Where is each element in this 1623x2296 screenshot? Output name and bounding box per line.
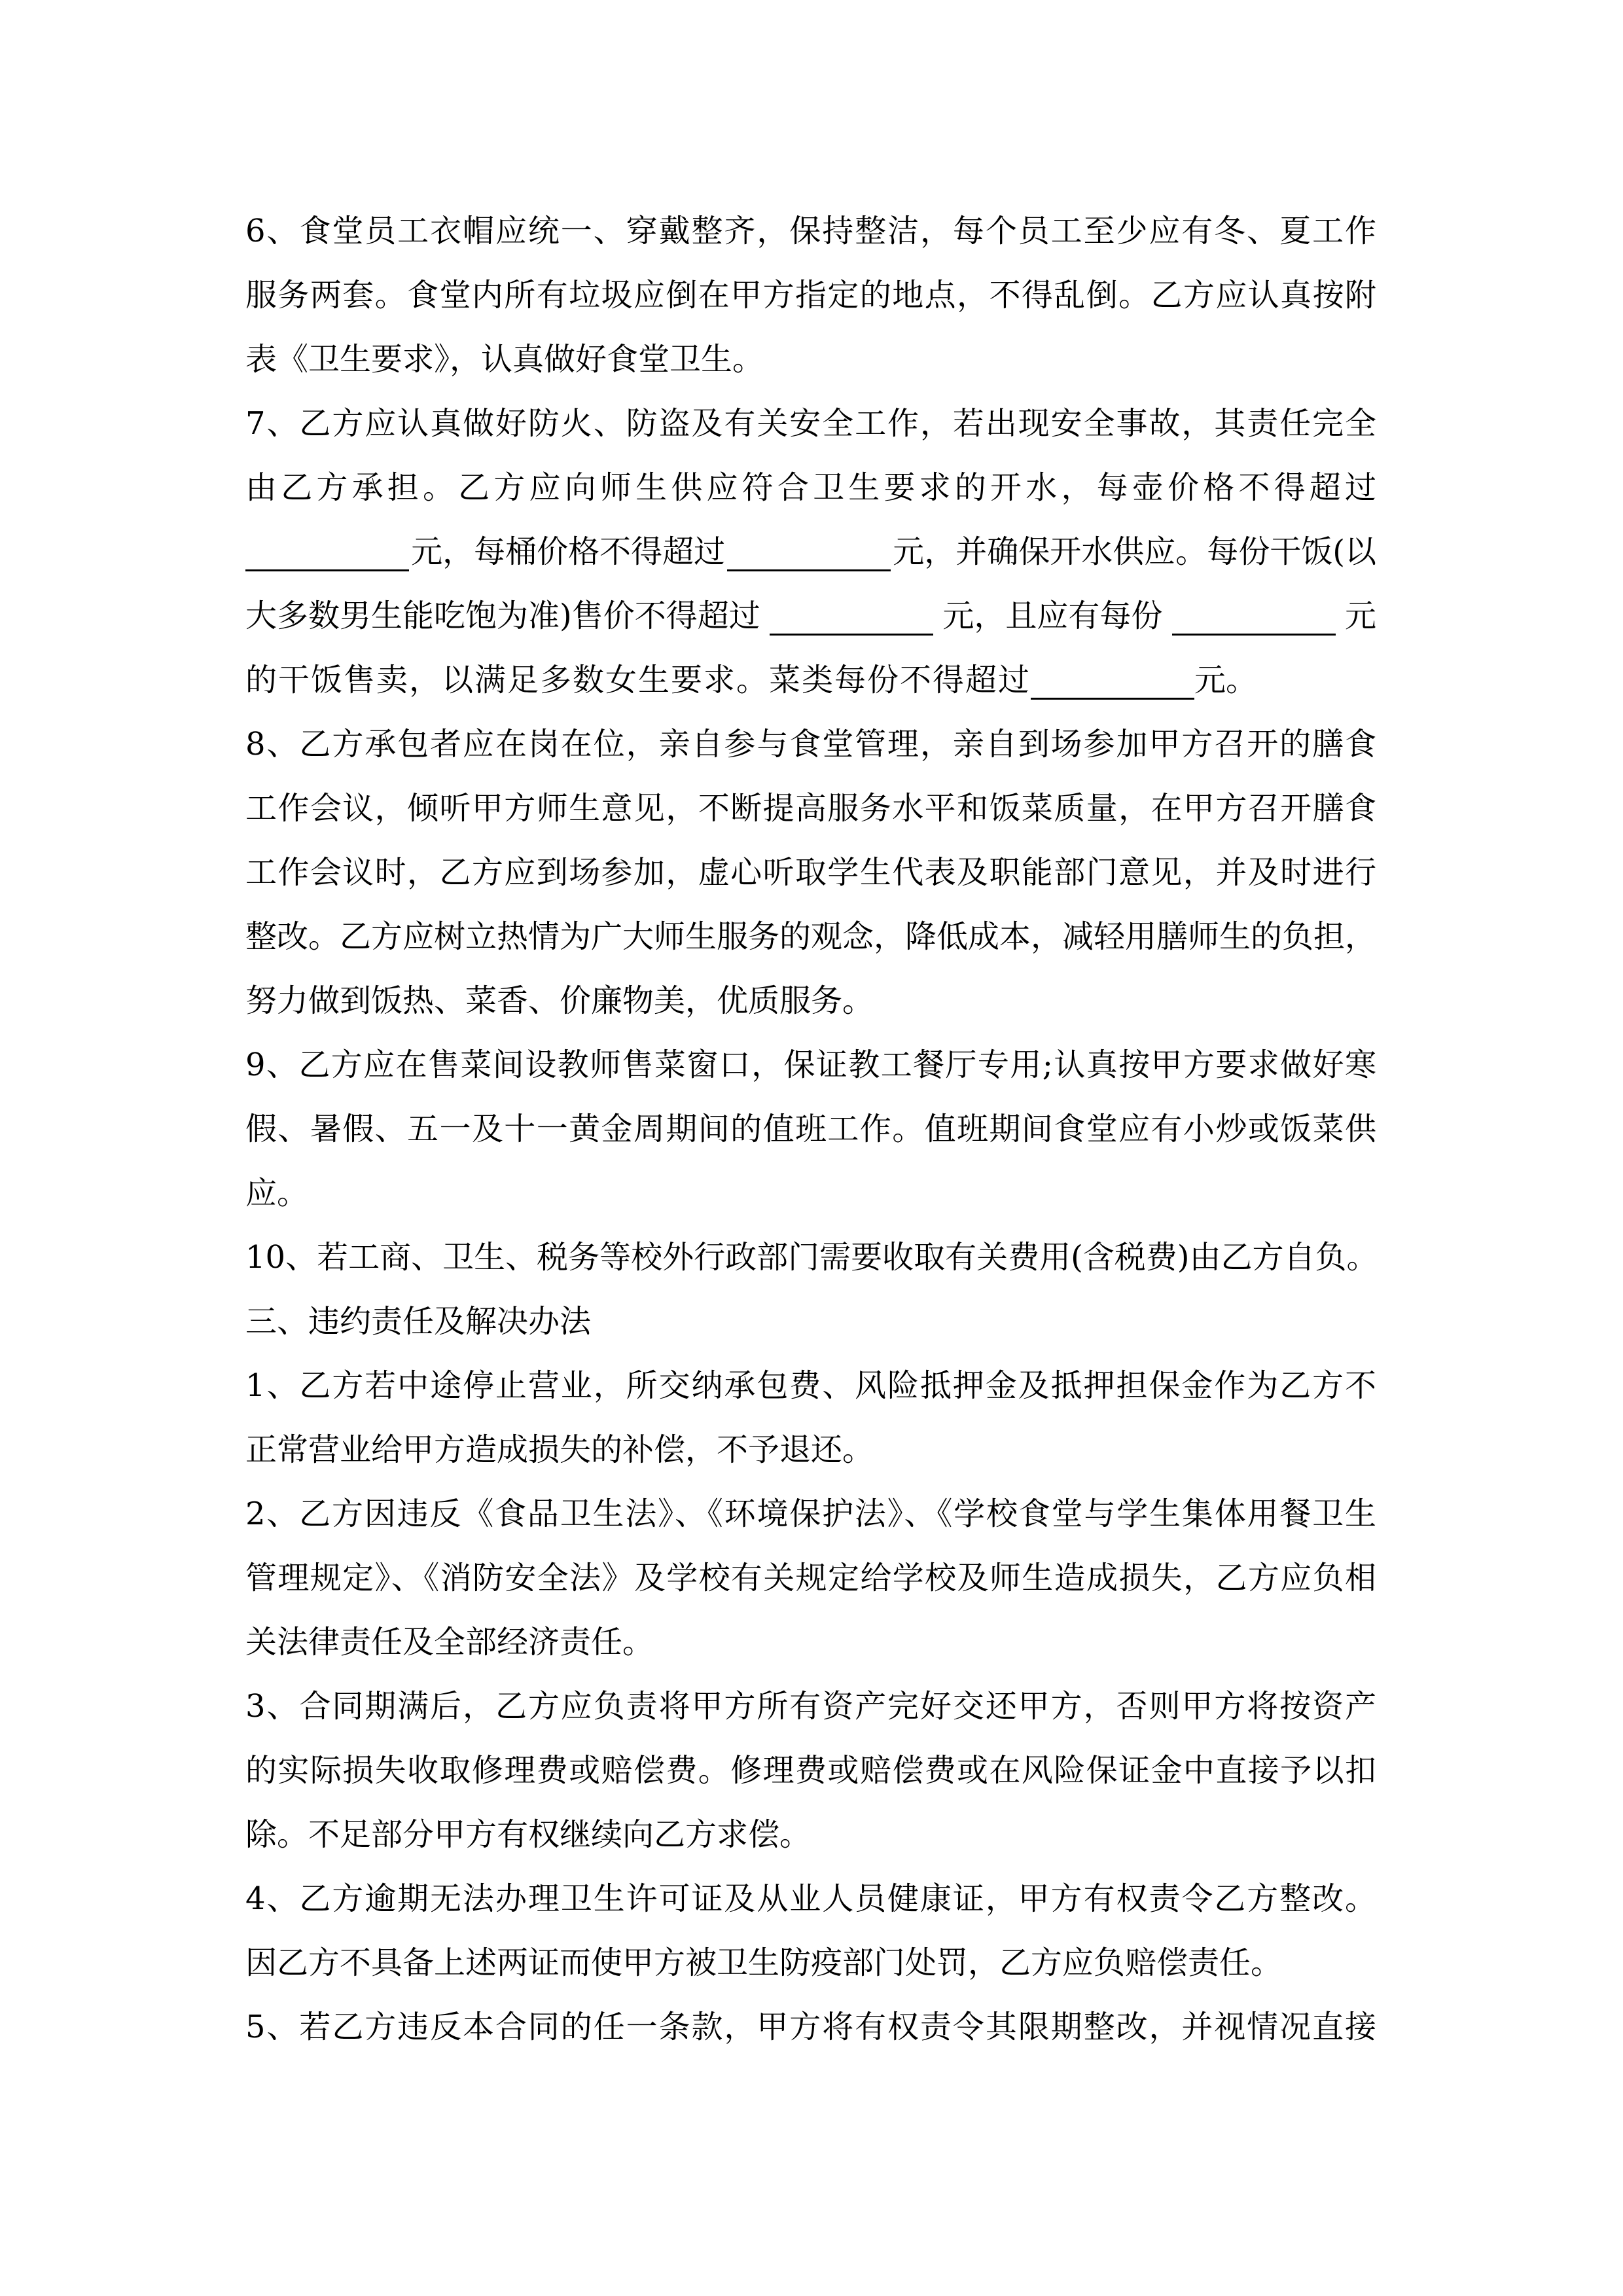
text-line: 8、乙方承包者应在岗在位，亲自参与食堂管理，亲自到场参加甲方召开的膳食: [245, 712, 1376, 776]
text-line-with-blanks: 元，每桶价格不得超过 元，并确保开水供应。每份干饭(以: [245, 520, 1376, 584]
line-text: 管理规定》、《消防安全法》及学校有关规定给学校及师生造成损失，乙方应负相: [245, 1546, 1376, 1610]
text-line: 6、食堂员工衣帽应统一、穿戴整齐，保持整洁，每个员工至少应有冬、夏工作: [245, 199, 1376, 263]
line-text: 3、合同期满后，乙方应负责将甲方所有资产完好交还甲方，否则甲方将按资产: [245, 1674, 1376, 1738]
text-line: 关法律责任及全部经济责任。: [245, 1610, 1376, 1674]
line-text: 元，且应有每份: [942, 584, 1162, 648]
line-text: 正常营业给甲方造成损失的补偿，不予退还。: [245, 1418, 874, 1482]
line-text: 元: [1345, 584, 1376, 648]
line-text: 2、乙方因违反《食品卫生法》、《环境保护法》、《学校食堂与学生集体用餐卫生: [245, 1482, 1376, 1546]
line-text: 服务两套。食堂内所有垃圾应倒在甲方指定的地点，不得乱倒。乙方应认真按附: [245, 263, 1376, 327]
text-line: 2、乙方因违反《食品卫生法》、《环境保护法》、《学校食堂与学生集体用餐卫生: [245, 1482, 1376, 1546]
text-line: 7、乙方应认真做好防火、防盗及有关安全工作，若出现安全事故，其责任完全: [245, 391, 1376, 456]
text-line-with-blanks: 的干饭售卖，以满足多数女生要求。菜类每份不得超过 元。: [245, 648, 1376, 712]
section-heading-text: 三、违约责任及解决办法: [245, 1289, 591, 1354]
line-text: 关法律责任及全部经济责任。: [245, 1610, 654, 1674]
text-line: 9、乙方应在售菜间设教师售菜窗口，保证教工餐厅专用;认真按甲方要求做好寒: [245, 1033, 1376, 1097]
line-text: 因乙方不具备上述两证而使甲方被卫生防疫部门处罚，乙方应负赔偿责任。: [245, 1931, 1282, 1995]
line-text: 10、若工商、卫生、税务等校外行政部门需要收取有关费用(含税费)由乙方自负。: [245, 1225, 1378, 1289]
fill-in-blank[interactable]: [245, 537, 409, 571]
text-line: 表《卫生要求》，认真做好食堂卫生。: [245, 327, 1376, 391]
text-line: 3、合同期满后，乙方应负责将甲方所有资产完好交还甲方，否则甲方将按资产: [245, 1674, 1376, 1738]
text-line: 的实际损失收取修理费或赔偿费。修理费或赔偿费或在风险保证金中直接予以扣: [245, 1738, 1376, 1803]
line-text: 整改。乙方应树立热情为广大师生服务的观念，降低成本，减轻用膳师生的负担，: [245, 905, 1376, 969]
line-text: 表《卫生要求》，认真做好食堂卫生。: [245, 327, 764, 391]
line-text: 7、乙方应认真做好防火、防盗及有关安全工作，若出现安全事故，其责任完全: [245, 391, 1376, 456]
line-text: 假、暑假、五一及十一黄金周期间的值班工作。值班期间食堂应有小炒或饭菜供: [245, 1097, 1376, 1161]
text-line: 因乙方不具备上述两证而使甲方被卫生防疫部门处罚，乙方应负赔偿责任。: [245, 1931, 1376, 1995]
line-text: 工作会议，倾听甲方师生意见，不断提高服务水平和饭菜质量，在甲方召开膳食: [245, 776, 1376, 840]
text-line: 整改。乙方应树立热情为广大师生服务的观念，降低成本，减轻用膳师生的负担，: [245, 905, 1376, 969]
line-text: 元，每桶价格不得超过: [411, 520, 725, 584]
line-text: 工作会议时，乙方应到场参加，虚心听取学生代表及职能部门意见，并及时进行: [245, 840, 1376, 905]
contract-body: 6、食堂员工衣帽应统一、穿戴整齐，保持整洁，每个员工至少应有冬、夏工作 服务两套…: [245, 199, 1376, 2059]
text-line-with-blanks: 大多数男生能吃饱为准)售价不得超过 元，且应有每份 元: [245, 584, 1376, 648]
section-heading: 三、违约责任及解决办法: [245, 1289, 1376, 1354]
line-text: 由乙方承担。乙方应向师生供应符合卫生要求的开水，每壶价格不得超过: [245, 456, 1376, 520]
text-line: 1、乙方若中途停止营业，所交纳承包费、风险抵押金及抵押担保金作为乙方不: [245, 1354, 1376, 1418]
fill-in-blank[interactable]: [1031, 665, 1194, 700]
document-page: 6、食堂员工衣帽应统一、穿戴整齐，保持整洁，每个员工至少应有冬、夏工作 服务两套…: [0, 0, 1623, 2296]
line-text: 应。: [245, 1161, 308, 1225]
text-line: 正常营业给甲方造成损失的补偿，不予退还。: [245, 1418, 1376, 1482]
fill-in-blank[interactable]: [727, 537, 891, 571]
text-line: 假、暑假、五一及十一黄金周期间的值班工作。值班期间食堂应有小炒或饭菜供: [245, 1097, 1376, 1161]
line-text: 元，并确保开水供应。每份干饭(以: [893, 520, 1376, 584]
line-text: 5、若乙方违反本合同的任一条款，甲方将有权责令其限期整改，并视情况直接: [245, 1995, 1376, 2059]
text-line: 努力做到饭热、菜香、价廉物美，优质服务。: [245, 969, 1376, 1033]
text-line: 工作会议，倾听甲方师生意见，不断提高服务水平和饭菜质量，在甲方召开膳食: [245, 776, 1376, 840]
text-line: 5、若乙方违反本合同的任一条款，甲方将有权责令其限期整改，并视情况直接: [245, 1995, 1376, 2059]
text-line: 4、乙方逾期无法办理卫生许可证及从业人员健康证，甲方有权责令乙方整改。: [245, 1867, 1376, 1931]
text-line: 应。: [245, 1161, 1376, 1225]
line-text: 努力做到饭热、菜香、价廉物美，优质服务。: [245, 969, 874, 1033]
text-line: 10、若工商、卫生、税务等校外行政部门需要收取有关费用(含税费)由乙方自负。: [245, 1225, 1376, 1289]
line-text: 1、乙方若中途停止营业，所交纳承包费、风险抵押金及抵押担保金作为乙方不: [245, 1354, 1376, 1418]
line-text: 的实际损失收取修理费或赔偿费。修理费或赔偿费或在风险保证金中直接予以扣: [245, 1738, 1376, 1803]
line-text: 的干饭售卖，以满足多数女生要求。菜类每份不得超过: [245, 648, 1031, 712]
fill-in-blank[interactable]: [1172, 601, 1336, 636]
text-line: 由乙方承担。乙方应向师生供应符合卫生要求的开水，每壶价格不得超过: [245, 456, 1376, 520]
text-line: 管理规定》、《消防安全法》及学校有关规定给学校及师生造成损失，乙方应负相: [245, 1546, 1376, 1610]
line-text: 9、乙方应在售菜间设教师售菜窗口，保证教工餐厅专用;认真按甲方要求做好寒: [245, 1033, 1376, 1097]
line-text: 除。不足部分甲方有权继续向乙方求偿。: [245, 1803, 811, 1867]
text-line: 除。不足部分甲方有权继续向乙方求偿。: [245, 1803, 1376, 1867]
fill-in-blank[interactable]: [770, 601, 933, 636]
line-text: 4、乙方逾期无法办理卫生许可证及从业人员健康证，甲方有权责令乙方整改。: [245, 1867, 1376, 1931]
line-text: 元。: [1194, 648, 1257, 712]
text-line: 服务两套。食堂内所有垃圾应倒在甲方指定的地点，不得乱倒。乙方应认真按附: [245, 263, 1376, 327]
line-text: 6、食堂员工衣帽应统一、穿戴整齐，保持整洁，每个员工至少应有冬、夏工作: [245, 199, 1376, 263]
line-text: 8、乙方承包者应在岗在位，亲自参与食堂管理，亲自到场参加甲方召开的膳食: [245, 712, 1376, 776]
line-text: 大多数男生能吃饱为准)售价不得超过: [245, 584, 760, 648]
text-line: 工作会议时，乙方应到场参加，虚心听取学生代表及职能部门意见，并及时进行: [245, 840, 1376, 905]
